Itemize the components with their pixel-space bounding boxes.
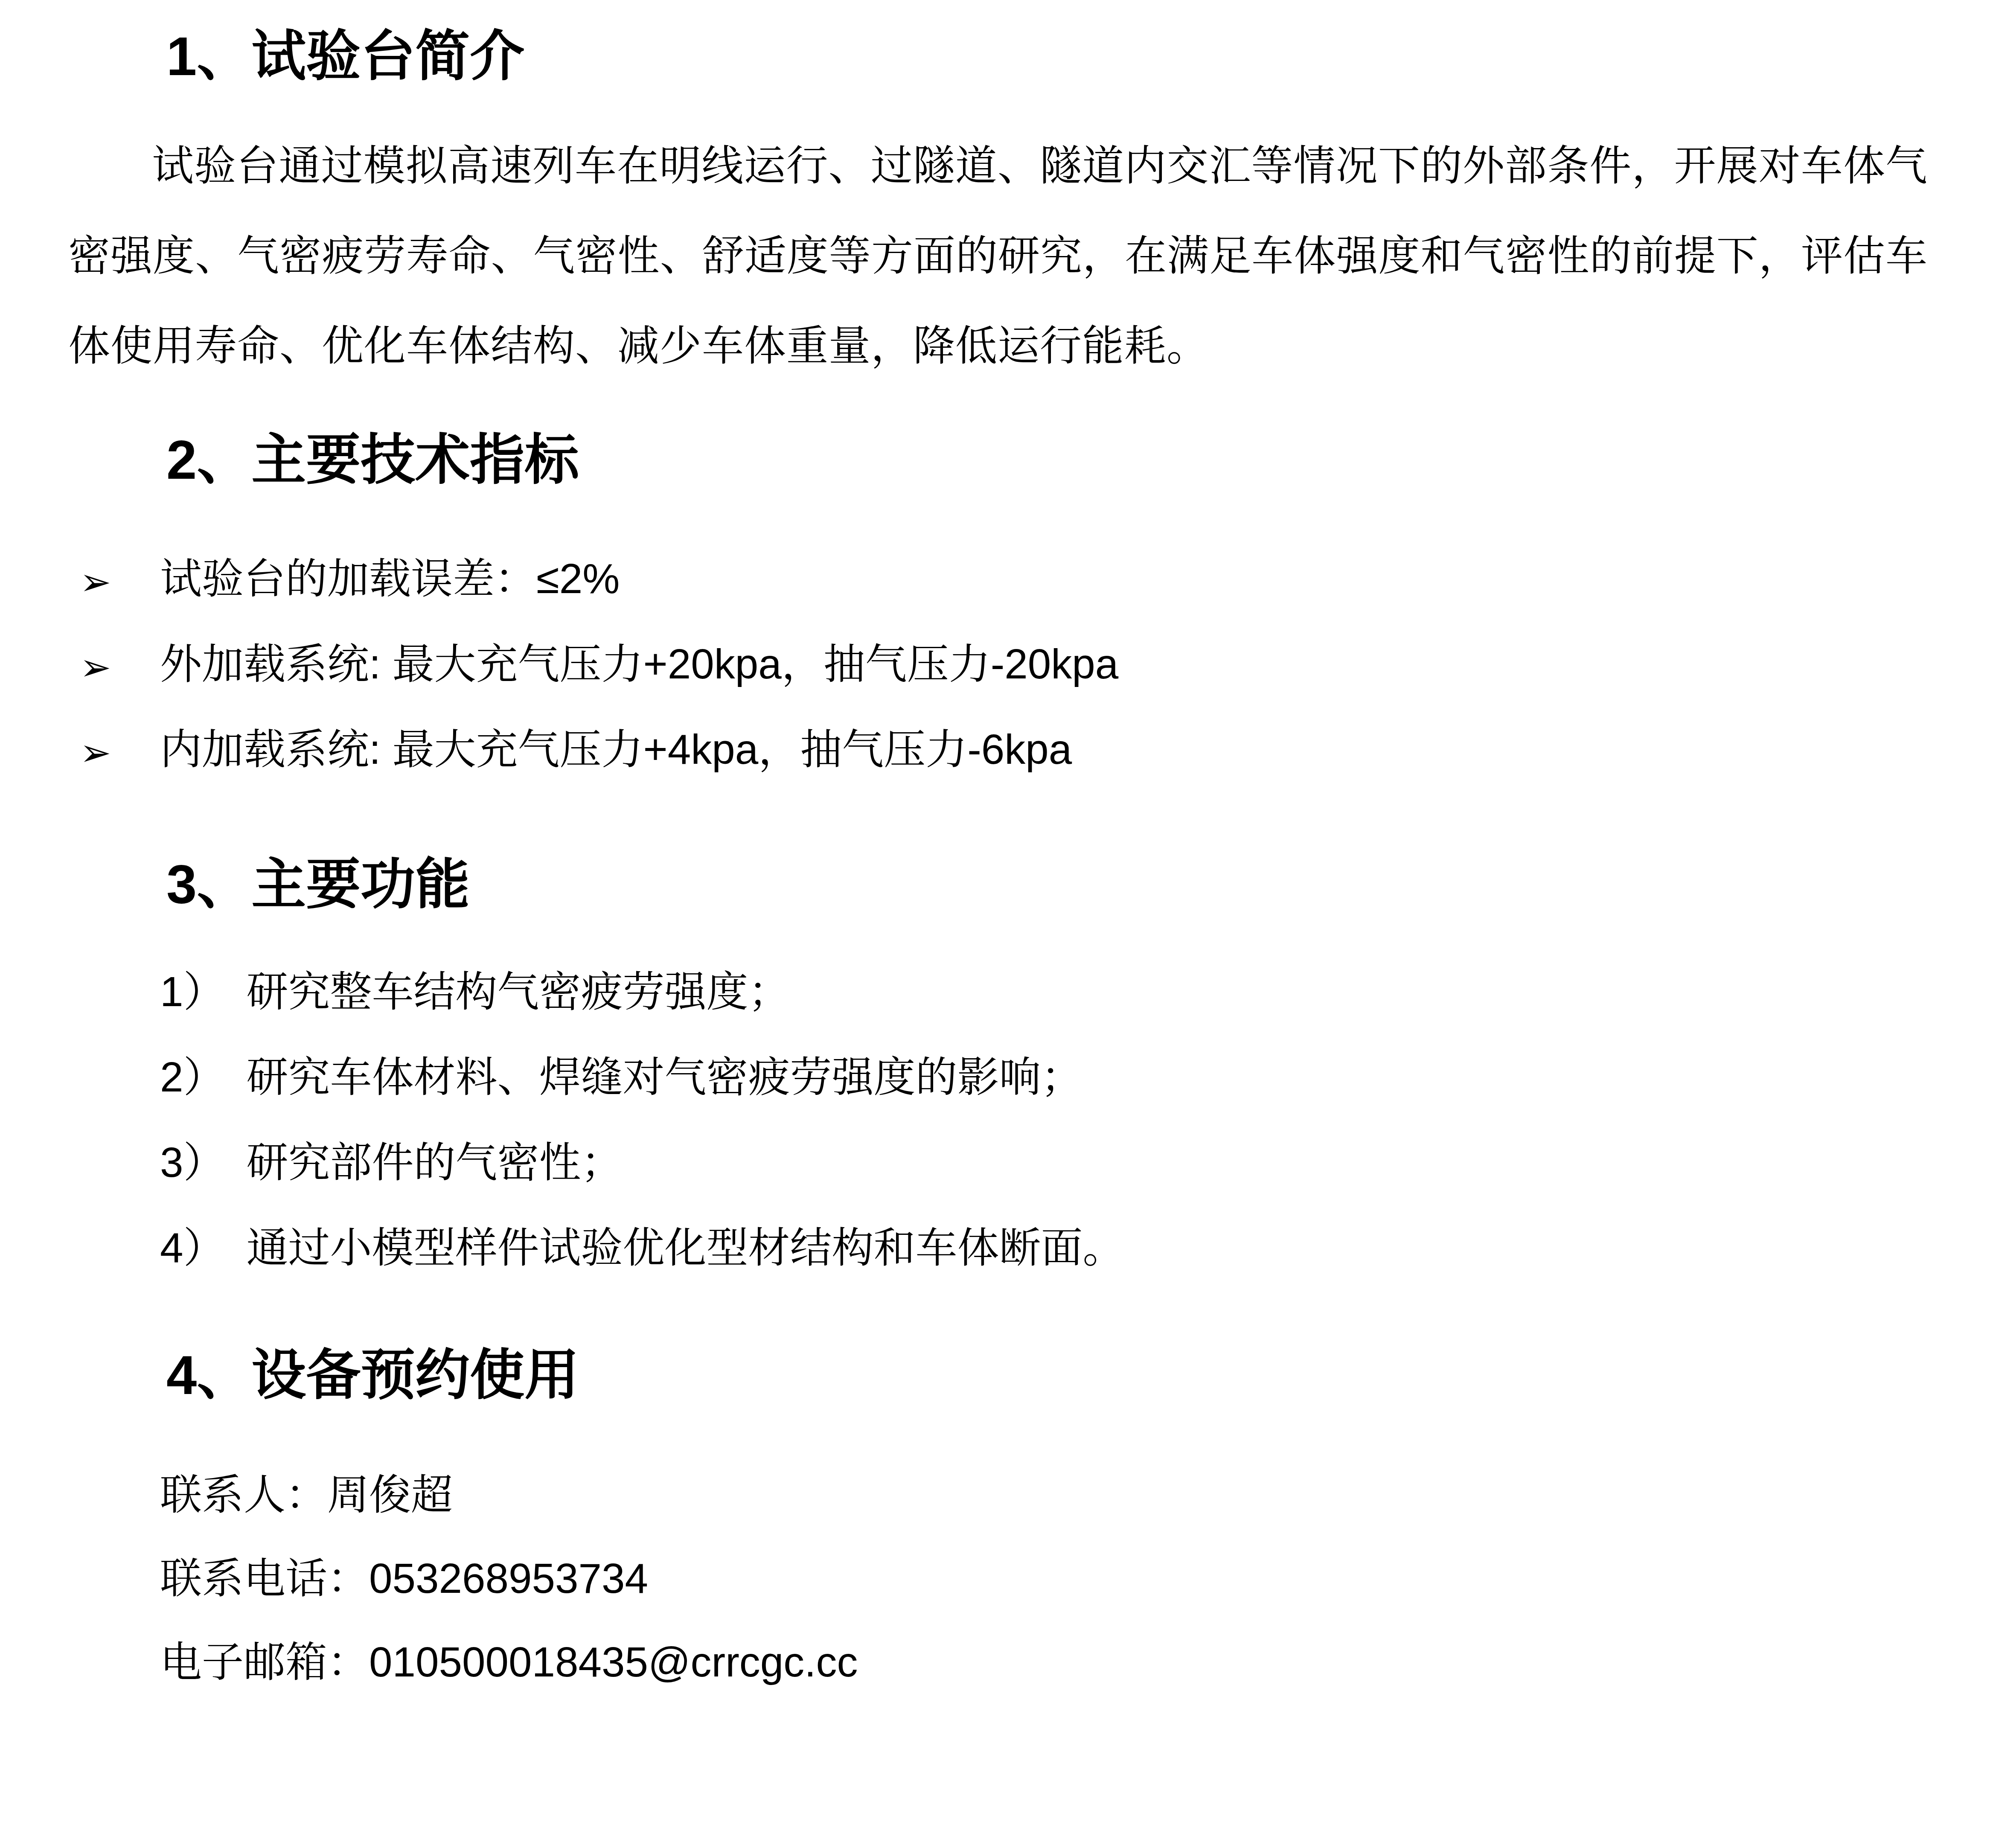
section-4-heading: 4、设备预约使用 [166, 1340, 1928, 1411]
item-number: 4） [160, 1224, 225, 1271]
tech-spec-bullet-list: ➢ 试验台的加载误差：≤2% ➢ 外加载系统: 最大充气压力+20kpa，抽气压… [68, 536, 1928, 792]
item-number: 3） [160, 1139, 225, 1186]
arrowhead-bullet-icon: ➢ [80, 625, 111, 710]
section-3-heading: 3、主要功能 [166, 850, 1928, 920]
numbered-item-text: 研究车体材料、焊缝对气密疲劳强度的影响； [247, 1054, 1083, 1100]
item-number: 1） [160, 968, 225, 1015]
arrowhead-bullet-icon: ➢ [80, 710, 111, 795]
numbered-item-text: 通过小模型样件试验优化型材结构和车体断面。 [247, 1224, 1125, 1271]
arrowhead-bullet-icon: ➢ [80, 539, 111, 625]
bullet-item-text: 外加载系统: 最大充气压力+20kpa，抽气压力-20kpa [160, 640, 1118, 687]
numbered-item: 3）研究部件的气密性； [68, 1120, 1928, 1205]
numbered-item: 2）研究车体材料、焊缝对气密疲劳强度的影响； [68, 1034, 1928, 1120]
bullet-item: ➢ 试验台的加载误差：≤2% [68, 536, 1928, 621]
bullet-item-text: 试验台的加载误差：≤2% [160, 555, 620, 602]
document-page: 1、试验台简介 试验台通过模拟高速列车在明线运行、过隧道、隧道内交汇等情况下的外… [0, 0, 1996, 1848]
bullet-item-text: 内加载系统: 最大充气压力+4kpa，抽气压力-6kpa [160, 726, 1072, 773]
bullet-item: ➢ 外加载系统: 最大充气压力+20kpa，抽气压力-20kpa [68, 621, 1928, 707]
section-1-heading: 1、试验台简介 [166, 21, 1928, 92]
contact-person-line: 联系人：周俊超 [68, 1453, 1928, 1537]
numbered-item: 4）通过小模型样件试验优化型材结构和车体断面。 [68, 1205, 1928, 1290]
section-2-heading: 2、主要技术指标 [166, 425, 1928, 496]
numbered-item: 1）研究整车结构气密疲劳强度； [68, 949, 1928, 1034]
contact-phone-line: 联系电话：053268953734 [68, 1537, 1928, 1620]
intro-paragraph: 试验台通过模拟高速列车在明线运行、过隧道、隧道内交汇等情况下的外部条件，开展对车… [68, 121, 1928, 391]
contact-email-line: 电子邮箱：010500018435@crrcgc.cc [68, 1620, 1928, 1704]
bullet-item: ➢ 内加载系统: 最大充气压力+4kpa，抽气压力-6kpa [68, 707, 1928, 792]
function-numbered-list: 1）研究整车结构气密疲劳强度； 2）研究车体材料、焊缝对气密疲劳强度的影响； 3… [68, 949, 1928, 1290]
numbered-item-text: 研究整车结构气密疲劳强度； [247, 968, 790, 1015]
contact-info-block: 联系人：周俊超 联系电话：053268953734 电子邮箱：010500018… [68, 1453, 1928, 1704]
numbered-item-text: 研究部件的气密性； [247, 1139, 623, 1186]
item-number: 2） [160, 1054, 225, 1100]
